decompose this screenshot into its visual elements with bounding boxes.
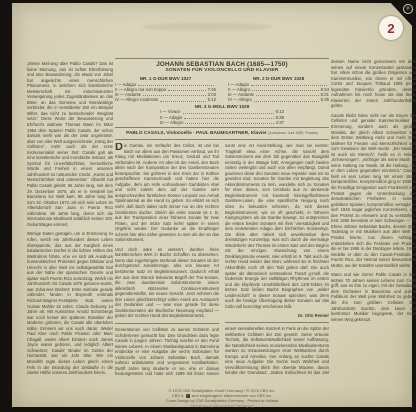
rule: PABLO CASALS, Violoncello · PAUL BAUMGAR… xyxy=(115,127,329,137)
dot-leader xyxy=(160,101,205,102)
recording-note: (Aufnahme: Juni 1950, Prades) xyxy=(268,131,318,135)
album-back-cover: JOHANN SEBASTIAN BACH (1685—1750) SONATE… xyxy=(12,3,412,407)
middle-column-1-text: Die Gambe, ein Vorläufer des Cellos, ist… xyxy=(115,143,219,376)
section-divider xyxy=(115,323,219,324)
album-subtitle: SONATEN FÜR VIOLONCELLO UND KLAVIER xyxy=(115,68,329,74)
movement-row: III — Allegro4:37 xyxy=(160,120,284,125)
performers-line: PABLO CASALS, Violoncello · PAUL BAUMGAR… xyxy=(115,130,329,137)
dot-leader xyxy=(168,90,206,91)
movement-row: IV — Allegro moderato5:12 xyxy=(115,97,216,102)
paragraph: Wann und wie immer Pablo Casals in den l… xyxy=(331,272,416,322)
dot-leader xyxy=(143,95,206,96)
middle-column-2-text: sonst eine Art Axial-Stellung, wie man s… xyxy=(225,143,329,376)
drop-cap: D xyxy=(115,143,123,152)
author-signature: Dr. Otto Renner xyxy=(225,313,329,319)
right-column-text: dessen Name nicht gemeinsam mit dem sein… xyxy=(331,59,416,379)
dot-leader xyxy=(256,95,319,96)
dot-leader xyxy=(251,85,327,86)
movement-row: IV — Allegro5:36 xyxy=(228,97,329,102)
dot-leader xyxy=(184,118,273,119)
dot-leader xyxy=(138,85,214,86)
dot-leader xyxy=(252,90,318,91)
title-block: JOHANN SEBASTIAN BACH (1685—1750) SONATE… xyxy=(115,58,329,140)
sonata-3: NR. 3 G-MOLL BWV 1029 I — Vivace6:13 II … xyxy=(160,104,284,125)
sonata-2: NR. 2 D-DUR BWV 1028 I — Adagio II — All… xyxy=(228,76,329,103)
paragraph: Casals bleibt indes nicht nur als Doyen … xyxy=(331,113,416,268)
corner-mark-icon: ℗ xyxy=(403,4,413,14)
packaging-line: Shrinkpac by Moorewood Packaging xyxy=(115,403,329,408)
cbs-eye-logo-icon xyxy=(186,394,190,398)
dot-leader xyxy=(183,113,274,114)
rule xyxy=(115,139,329,140)
paragraph: „Meine Meinung über Pablo Casals? Das is… xyxy=(27,61,113,227)
paragraph: Die Gambe, ein Vorläufer des Cellos, ist… xyxy=(115,143,219,243)
record-number-sticker: 2 xyxy=(379,16,403,40)
paragraph: einem sensationellen Konzert in Paris an… xyxy=(225,326,329,376)
paragraph: sonst eine Art Axial-Stellung, wie man s… xyxy=(225,143,329,309)
section-divider xyxy=(225,322,329,323)
dot-leader xyxy=(185,123,273,124)
sticker-number: 2 xyxy=(387,21,394,36)
paragraph: dessen Name nicht gemeinsam mit dem sein… xyxy=(331,59,416,109)
paragraph: Generationen von Cellisten zu seinen Sch… xyxy=(115,327,219,376)
imprint: © 1976 CBS Schallplatten GmbH Germany / … xyxy=(115,388,329,408)
left-column-text: „Meine Meinung über Pablo Casals? Das is… xyxy=(27,61,113,376)
composer-title: JOHANN SEBASTIAN BACH (1685—1750) xyxy=(115,61,329,68)
dot-leader xyxy=(254,101,319,102)
sonata-1: NR. 1 G-DUR BWV 1027 I — Adagio II — All… xyxy=(115,76,216,103)
paper-smudge xyxy=(142,23,272,31)
paragraph: Und doch wäre es verkehrt, darüber ihren… xyxy=(115,247,219,319)
paragraph: Wenige Daten genügen, um in Erinnerung z… xyxy=(27,231,113,375)
sonata-columns: NR. 1 G-DUR BWV 1027 I — Adagio II — All… xyxy=(115,76,329,103)
